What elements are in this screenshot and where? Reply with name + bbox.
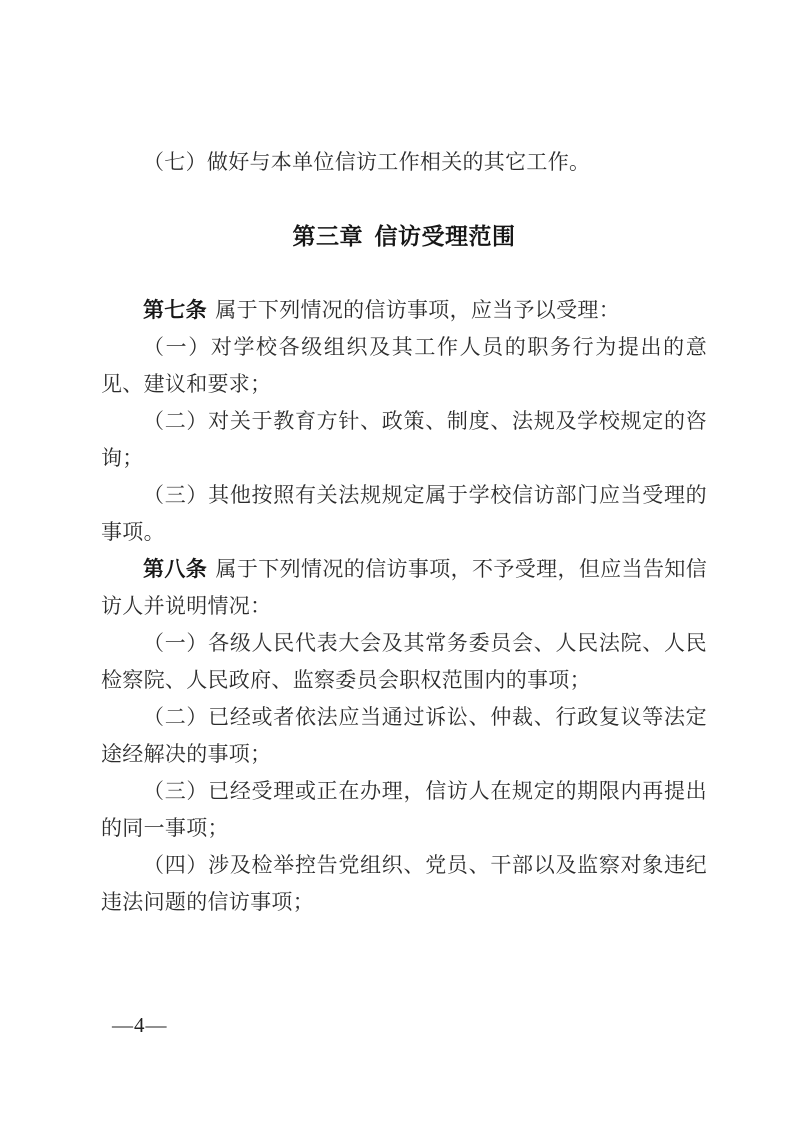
page-number: —4— [112,1007,168,1044]
clause-item-7: （七）做好与本单位信访工作相关的其它工作。 [101,144,707,181]
article-8-item-3: （三）已经受理或正在办理，信访人在规定的期限内再提出的同一事项； [101,773,707,847]
article-8-item-1: （一）各级人民代表大会及其常务委员会、人民法院、人民检察院、人民政府、监察委员会… [101,625,707,699]
article-7-item-2: （二）对关于教育方针、政策、制度、法规及学校规定的咨询； [101,403,707,477]
article-8-item-4: （四）涉及检举控告党组织、党员、干部以及监察对象违纪违法问题的信访事项； [101,847,707,921]
chapter-title: 信访受理范围 [375,223,516,249]
document-body: （七）做好与本单位信访工作相关的其它工作。 第三章信访受理范围 第七条属于下列情… [101,144,707,921]
article-7-item-1: （一）对学校各级组织及其工作人员的职务行为提出的意见、建议和要求； [101,329,707,403]
article-8-label: 第八条 [143,558,207,581]
article-8-paragraph: 第八条属于下列情况的信访事项，不予受理，但应当告知信访人并说明情况： [101,551,707,625]
document-page: （七）做好与本单位信访工作相关的其它工作。 第三章信访受理范围 第七条属于下列情… [0,0,793,1122]
article-8-item-2: （二）已经或者依法应当通过诉讼、仲裁、行政复议等法定途经解决的事项； [101,699,707,773]
article-7-paragraph: 第七条属于下列情况的信访事项，应当予以受理： [101,292,707,329]
article-7-item-3: （三）其他按照有关法规规定属于学校信访部门应当受理的事项。 [101,477,707,551]
chapter-heading: 第三章信访受理范围 [101,218,707,255]
chapter-number: 第三章 [293,223,364,249]
article-7-label: 第七条 [143,299,207,322]
article-7-lead: 属于下列情况的信访事项，应当予以受理： [215,298,620,322]
